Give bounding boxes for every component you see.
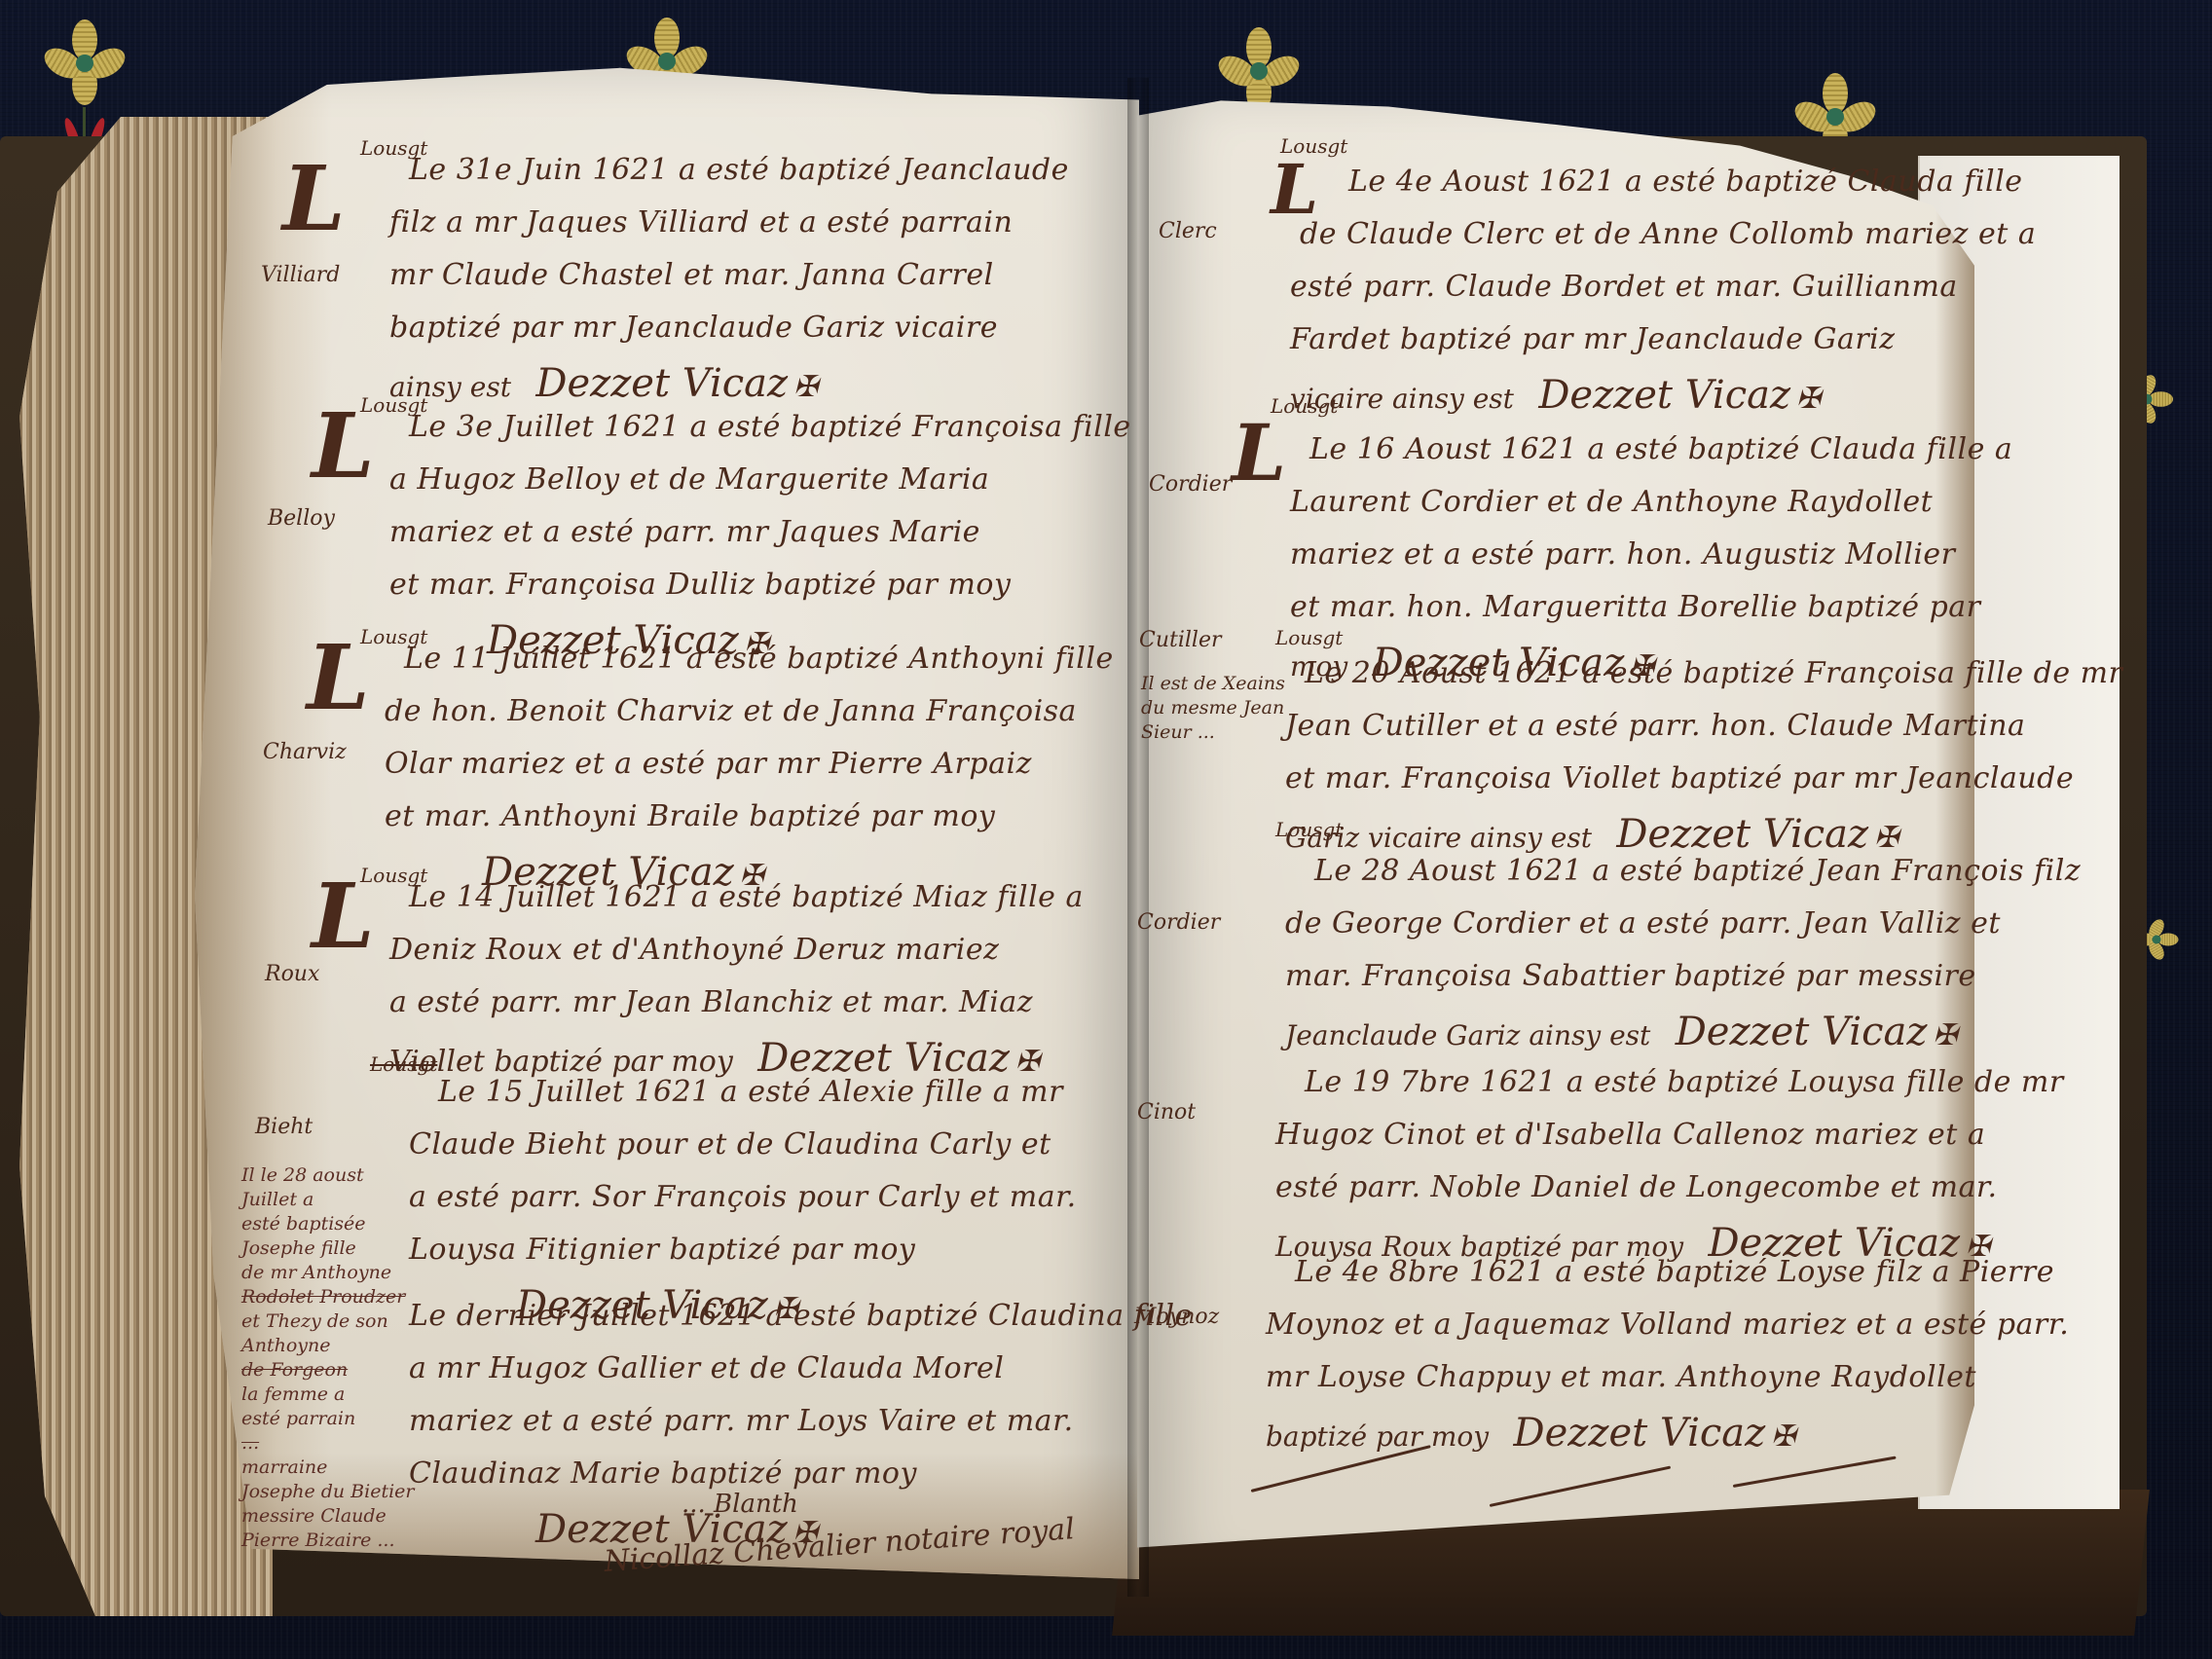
signature: Dezzet Vicaz: [1538, 373, 1790, 418]
entry-line: Claude Bieht pour et de Claudina Carly e…: [409, 1119, 1077, 1171]
entry-line: Fardet baptizé par mr Jeanclaude Gariz: [1290, 313, 2036, 366]
entry-line: Deniz Roux et d'Anthoyné Deruz mariez: [389, 924, 1084, 977]
entry-line: filz a mr Jaques Villiard et a esté parr…: [389, 197, 1069, 249]
register-entry: Lousgt L Le 11 Juillet 1621 a esté bapti…: [385, 633, 1114, 905]
initial-letter: L: [312, 871, 375, 961]
annotation-line: et Thezy de son: [241, 1309, 415, 1334]
entry-line: mar. Françoisa Sabattier baptizé par mes…: [1285, 950, 2081, 1003]
entry-line: Jeanclaude Gariz ainsy est: [1285, 1019, 1650, 1051]
annotation-line: Juillet a: [241, 1188, 415, 1212]
entry-line: baptizé par moy: [1266, 1420, 1489, 1453]
footer-line: ... Blanth: [682, 1490, 798, 1519]
annotation-line: Il le 28 aoust: [241, 1163, 415, 1188]
entry-line: Le 28 Aoust 1621 a esté baptizé Jean Fra…: [1314, 845, 2081, 898]
entry-line: Le 3e Juillet 1621 a esté baptizé Franço…: [409, 401, 1131, 454]
entry-line: Le 16 Aoust 1621 a esté baptizé Clauda f…: [1309, 424, 2012, 476]
entry-line: Claudinaz Marie baptizé par moy: [409, 1448, 1193, 1500]
entry-line: Louysa Fitignier baptizé par moy: [409, 1224, 1077, 1276]
entry-line: et mar. Françoisa Viollet baptizé par mr…: [1285, 753, 2122, 805]
entry-line: Le 4e 8bre 1621 a esté baptizé Loyse fil…: [1295, 1246, 2069, 1299]
annotation-line: esté parrain: [241, 1407, 415, 1431]
signature: Dezzet Vicaz: [1514, 1411, 1766, 1456]
entry-line: de George Cordier et a esté parr. Jean V…: [1285, 898, 2081, 950]
initial-letter: L: [1232, 414, 1286, 492]
register-entry: Le 19 7bre 1621 a esté baptizé Louysa fi…: [1275, 1056, 2064, 1276]
annotation-line: Josephe fille: [241, 1236, 415, 1261]
entry-line: mariez et a esté parr. mr Loys Vaire et …: [409, 1395, 1193, 1448]
page-footer: ... Blanth: [682, 1490, 798, 1519]
margin-name: Cutiller: [1139, 628, 1222, 652]
entry-line: a Hugoz Belloy et de Marguerite Maria: [389, 454, 1131, 506]
margin-name: Villiard: [261, 263, 340, 287]
entry-header: Lousgt: [1275, 626, 1343, 649]
entry-line: Le 14 Juillet 1621 a esté baptizé Miaz f…: [409, 871, 1084, 924]
margin-name: Cordier: [1149, 472, 1232, 497]
annotation-line: Rodolet Proudzer: [241, 1285, 415, 1309]
margin-name: Clerc: [1159, 219, 1217, 243]
initial-letter: L: [307, 633, 370, 722]
entry-line: de Claude Clerc et de Anne Collomb marie…: [1300, 208, 2036, 261]
entry-header: Lousgt: [360, 136, 427, 160]
entry-line: et mar. hon. Margueritta Borellie baptiz…: [1290, 581, 2012, 634]
entry-line: Le 4e Aoust 1621 a esté baptizé Clauda f…: [1348, 156, 2036, 208]
cross-mark-icon: ✠: [1771, 1419, 1795, 1454]
entry-line: esté parr. Claude Bordet et mar. Guillia…: [1290, 261, 2036, 313]
initial-letter: L: [312, 401, 375, 491]
entry-line: a esté parr. Sor François pour Carly et …: [409, 1171, 1077, 1224]
register-entry: Lousgt L Le 14 Juillet 1621 a esté bapti…: [389, 871, 1084, 1091]
margin-name: Belloy: [268, 506, 335, 531]
initial-letter: L: [282, 154, 346, 243]
annotation-line: esté baptisée: [241, 1212, 415, 1236]
entry-line: mariez et a esté parr. mr Jaques Marie: [389, 506, 1131, 559]
entry-line: Jean Cutiller et a esté parr. hon. Claud…: [1285, 700, 2122, 753]
entry-line: Le 20 Aoust 1621 a esté baptizé François…: [1305, 647, 2122, 700]
entry-line: Le 15 Juillet 1621 a esté Alexie fille a…: [438, 1066, 1077, 1119]
register-entry: Lousgt L Le 4e Aoust 1621 a esté baptizé…: [1290, 156, 2036, 428]
cross-mark-icon: ✠: [793, 370, 818, 404]
annotation-line: messire Claude: [241, 1504, 415, 1529]
entry-line: mariez et a esté parr. hon. Augustiz Mol…: [1290, 529, 2012, 581]
signature: Dezzet Vicaz: [535, 361, 788, 406]
entry-line: et mar. Anthoyni Braile baptizé par moy: [385, 791, 1114, 843]
entry-line: baptizé par mr Jeanclaude Gariz vicaire: [389, 302, 1069, 354]
initial-letter: L: [1271, 156, 1318, 224]
annotation-line: Pierre Bizaire ...: [241, 1529, 415, 1553]
embroidered-flower-icon: [51, 19, 119, 107]
register-entry: Lousgt Le 28 Aoust 1621 a esté baptizé J…: [1285, 845, 2081, 1065]
margin-annotation: Il le 28 aoust Juillet a esté baptisée J…: [241, 1163, 415, 1553]
margin-name: Charviz: [263, 740, 347, 764]
annotation-line: la femme a: [241, 1382, 415, 1407]
entry-line: Le dernier Juillet 1621 a esté baptizé C…: [409, 1290, 1193, 1343]
entry-line: de hon. Benoit Charviz et de Janna Franç…: [385, 685, 1114, 738]
register-entry: Lousgt Le 20 Aoust 1621 a esté baptizé F…: [1285, 647, 2122, 867]
signature: Dezzet Vicaz: [1676, 1010, 1928, 1054]
cross-mark-icon: ✠: [1796, 382, 1821, 416]
entry-line: a esté parr. mr Jean Blanchiz et mar. Mi…: [389, 977, 1084, 1029]
margin-name: Bieht: [255, 1115, 313, 1139]
entry-line: Le 19 7bre 1621 a esté baptizé Louysa fi…: [1305, 1056, 2064, 1109]
margin-name: Roux: [265, 962, 319, 986]
entry-line: Le 31e Juin 1621 a esté baptizé Jeanclau…: [409, 144, 1069, 197]
annotation-line: Sieur ...: [1141, 720, 1285, 745]
entry-line: mr Loyse Chappuy et mar. Anthoyne Raydol…: [1266, 1351, 2069, 1404]
margin-annotation: Il est de Xeains du mesme Jean Sieur ...: [1141, 672, 1285, 745]
annotation-line: de Forgeon: [241, 1358, 415, 1382]
register-entry: Lousgt L Le 31e Juin 1621 a esté baptizé…: [389, 144, 1069, 417]
annotation-line: Josephe du Bietier: [241, 1480, 415, 1504]
entry-line: mr Claude Chastel et mar. Janna Carrel: [389, 249, 1069, 302]
margin-name: Cordier: [1137, 910, 1220, 935]
entry-line: Hugoz Cinot et d'Isabella Callenoz marie…: [1275, 1109, 2064, 1161]
annotation-line: marraine: [241, 1456, 415, 1480]
entry-line: Olar mariez et a esté par mr Pierre Arpa…: [385, 738, 1114, 791]
cross-mark-icon: ✠: [1933, 1018, 1957, 1052]
annotation-line: de mr Anthoyne: [241, 1261, 415, 1285]
annotation-line: Anthoyne: [241, 1334, 415, 1358]
margin-name: Cinot: [1137, 1100, 1196, 1124]
entry-signature-row: vicaire ainsy est Dezzet Vicaz✠: [1290, 366, 2036, 428]
annotation-line: du mesme Jean: [1141, 696, 1285, 720]
margin-name: Moynoz: [1134, 1305, 1219, 1329]
entry-header: Lousgt: [1275, 818, 1343, 841]
register-entry: Le 4e 8bre 1621 a esté baptizé Loyse fil…: [1266, 1246, 2069, 1466]
entry-line: Laurent Cordier et de Anthoyne Raydollet: [1290, 476, 2012, 529]
entry-line: Le 11 Juillet 1621 a esté baptizé Anthoy…: [404, 633, 1114, 685]
entry-header: Lousgt: [360, 625, 427, 648]
entry-line: esté parr. Noble Daniel de Longecombe et…: [1275, 1161, 2064, 1214]
entry-line: Moynoz et a Jaquemaz Volland mariez et a…: [1266, 1299, 2069, 1351]
entry-line: et mar. Françoisa Dulliz baptizé par moy: [389, 559, 1131, 611]
annotation-line: ...: [241, 1431, 415, 1456]
entry-header: Lousgt: [370, 1052, 437, 1076]
entry-line: a mr Hugoz Gallier et de Clauda Morel: [409, 1343, 1193, 1395]
annotation-line: Il est de Xeains: [1141, 672, 1285, 696]
register-entry: Le dernier Juillet 1621 a esté baptizé C…: [409, 1290, 1193, 1563]
